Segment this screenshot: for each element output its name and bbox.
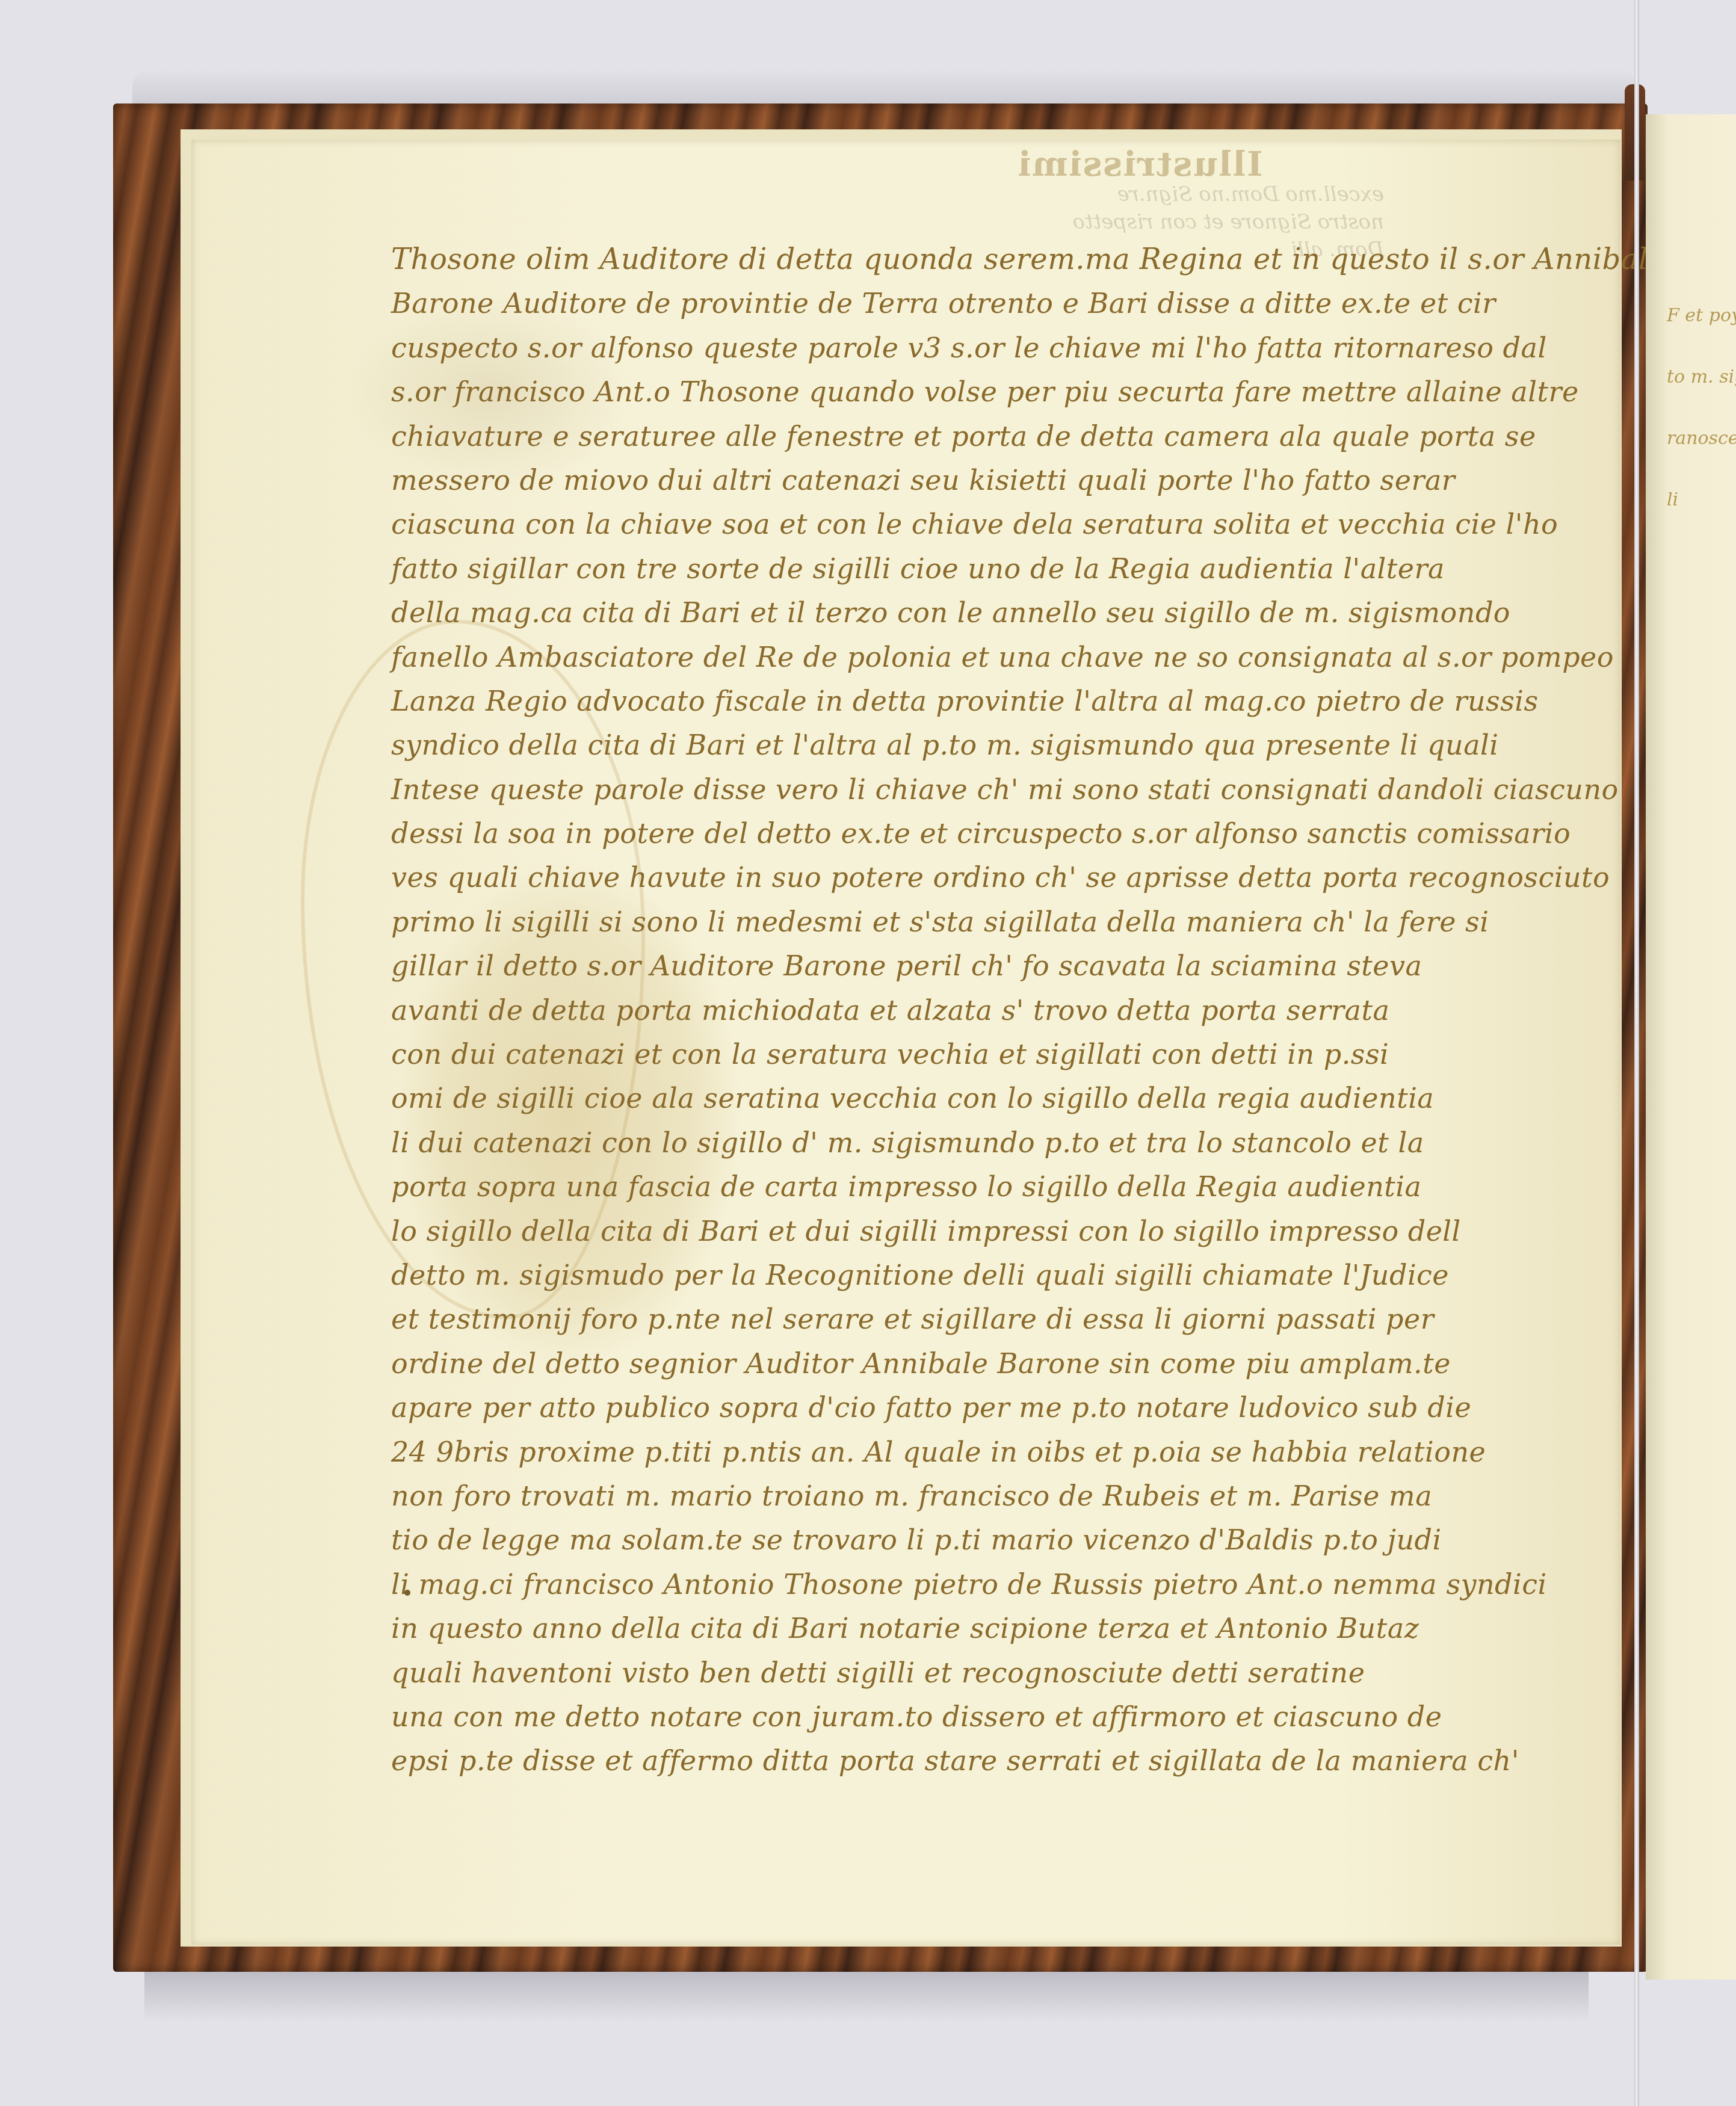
text-line: tio de legge ma solam.te se trovaro li p… xyxy=(391,1518,1631,1562)
margin-note-line: ranosceu xyxy=(1667,428,1736,449)
text-line: ordine del detto segnior Auditor Annibal… xyxy=(391,1342,1631,1386)
text-line: messero de miovo dui altri catenazi seu … xyxy=(391,459,1631,502)
page-divider xyxy=(1634,0,1639,2106)
text-line: s.or francisco Ant.o Thosone quando vols… xyxy=(391,370,1631,414)
text-line: porta sopra una fascia de carta impresso… xyxy=(391,1165,1631,1209)
text-line: primo li sigilli si sono li medesmi et s… xyxy=(391,900,1631,944)
bleed-line: excell.mo Dom.no Sign.re xyxy=(842,181,1384,208)
text-line: li dui catenazi con lo sigillo d' m. sig… xyxy=(391,1121,1631,1165)
bleed-through-heading: Illustrissimi xyxy=(1017,144,1262,184)
text-line: epsi p.te disse et affermo ditta porta s… xyxy=(391,1739,1631,1783)
text-line: fatto sigillar con tre sorte de sigilli … xyxy=(391,547,1631,591)
text-line: ves quali chiave havute in suo potere or… xyxy=(391,856,1631,900)
margin-note-line: to m. sig xyxy=(1667,367,1736,388)
text-line: cuspecto s.or alfonso queste parole v3 s… xyxy=(391,326,1631,370)
text-line: syndico della cita di Bari et l'altra al… xyxy=(391,723,1631,767)
text-line: gillar il detto s.or Auditore Barone per… xyxy=(391,944,1631,988)
ink-dot xyxy=(404,1590,410,1596)
text-line: li mag.ci francisco Antonio Thosone piet… xyxy=(391,1563,1631,1607)
text-line: Lanza Regio advocato fiscale in detta pr… xyxy=(391,679,1631,723)
text-line: Barone Auditore de provintie de Terra ot… xyxy=(391,282,1631,326)
margin-note: F et poy to m. sig ranosceu li xyxy=(1667,265,1736,531)
bottom-shadow xyxy=(144,1968,1589,2022)
text-line: detto m. sigismudo per la Recognitione d… xyxy=(391,1253,1631,1297)
bleed-line: nostro Signore et con rispetto xyxy=(842,208,1384,236)
text-line: fanello Ambasciatore del Re de polonia e… xyxy=(391,635,1631,679)
text-line: dessi la soa in potere del detto ex.te e… xyxy=(391,812,1631,856)
text-line: chiavature e seraturee alle fenestre et … xyxy=(391,415,1631,459)
text-line: et testimonij foro p.nte nel serare et s… xyxy=(391,1297,1631,1341)
margin-note-line: F et poy xyxy=(1667,306,1736,326)
text-line: Thosone olim Auditore di detta quonda se… xyxy=(391,238,1631,282)
text-line: della mag.ca cita di Bari et il terzo co… xyxy=(391,591,1631,635)
text-line: con dui catenazi et con la seratura vech… xyxy=(391,1033,1631,1076)
text-line: avanti de detta porta michiodata et alza… xyxy=(391,989,1631,1033)
text-line: 24 9bris proxime p.titi p.ntis an. Al qu… xyxy=(391,1430,1631,1474)
text-line: quali haventoni visto ben detti sigilli … xyxy=(391,1651,1631,1695)
text-line: una con me detto notare con juram.to dis… xyxy=(391,1695,1631,1739)
manuscript-text: Thosone olim Auditore di detta quonda se… xyxy=(391,238,1631,1783)
text-line: in questo anno della cita di Bari notari… xyxy=(391,1607,1631,1651)
text-line: ciascuna con la chiave soa et con le chi… xyxy=(391,502,1631,546)
text-line: omi de sigilli cioe ala seratina vecchia… xyxy=(391,1076,1631,1120)
text-line: non foro trovati m. mario troiano m. fra… xyxy=(391,1474,1631,1518)
text-line: Intese queste parole disse vero li chiav… xyxy=(391,768,1631,812)
text-line: apare per atto publico sopra d'cio fatto… xyxy=(391,1386,1631,1430)
margin-note-line: li xyxy=(1667,490,1736,510)
text-line: lo sigillo della cita di Bari et dui sig… xyxy=(391,1209,1631,1253)
